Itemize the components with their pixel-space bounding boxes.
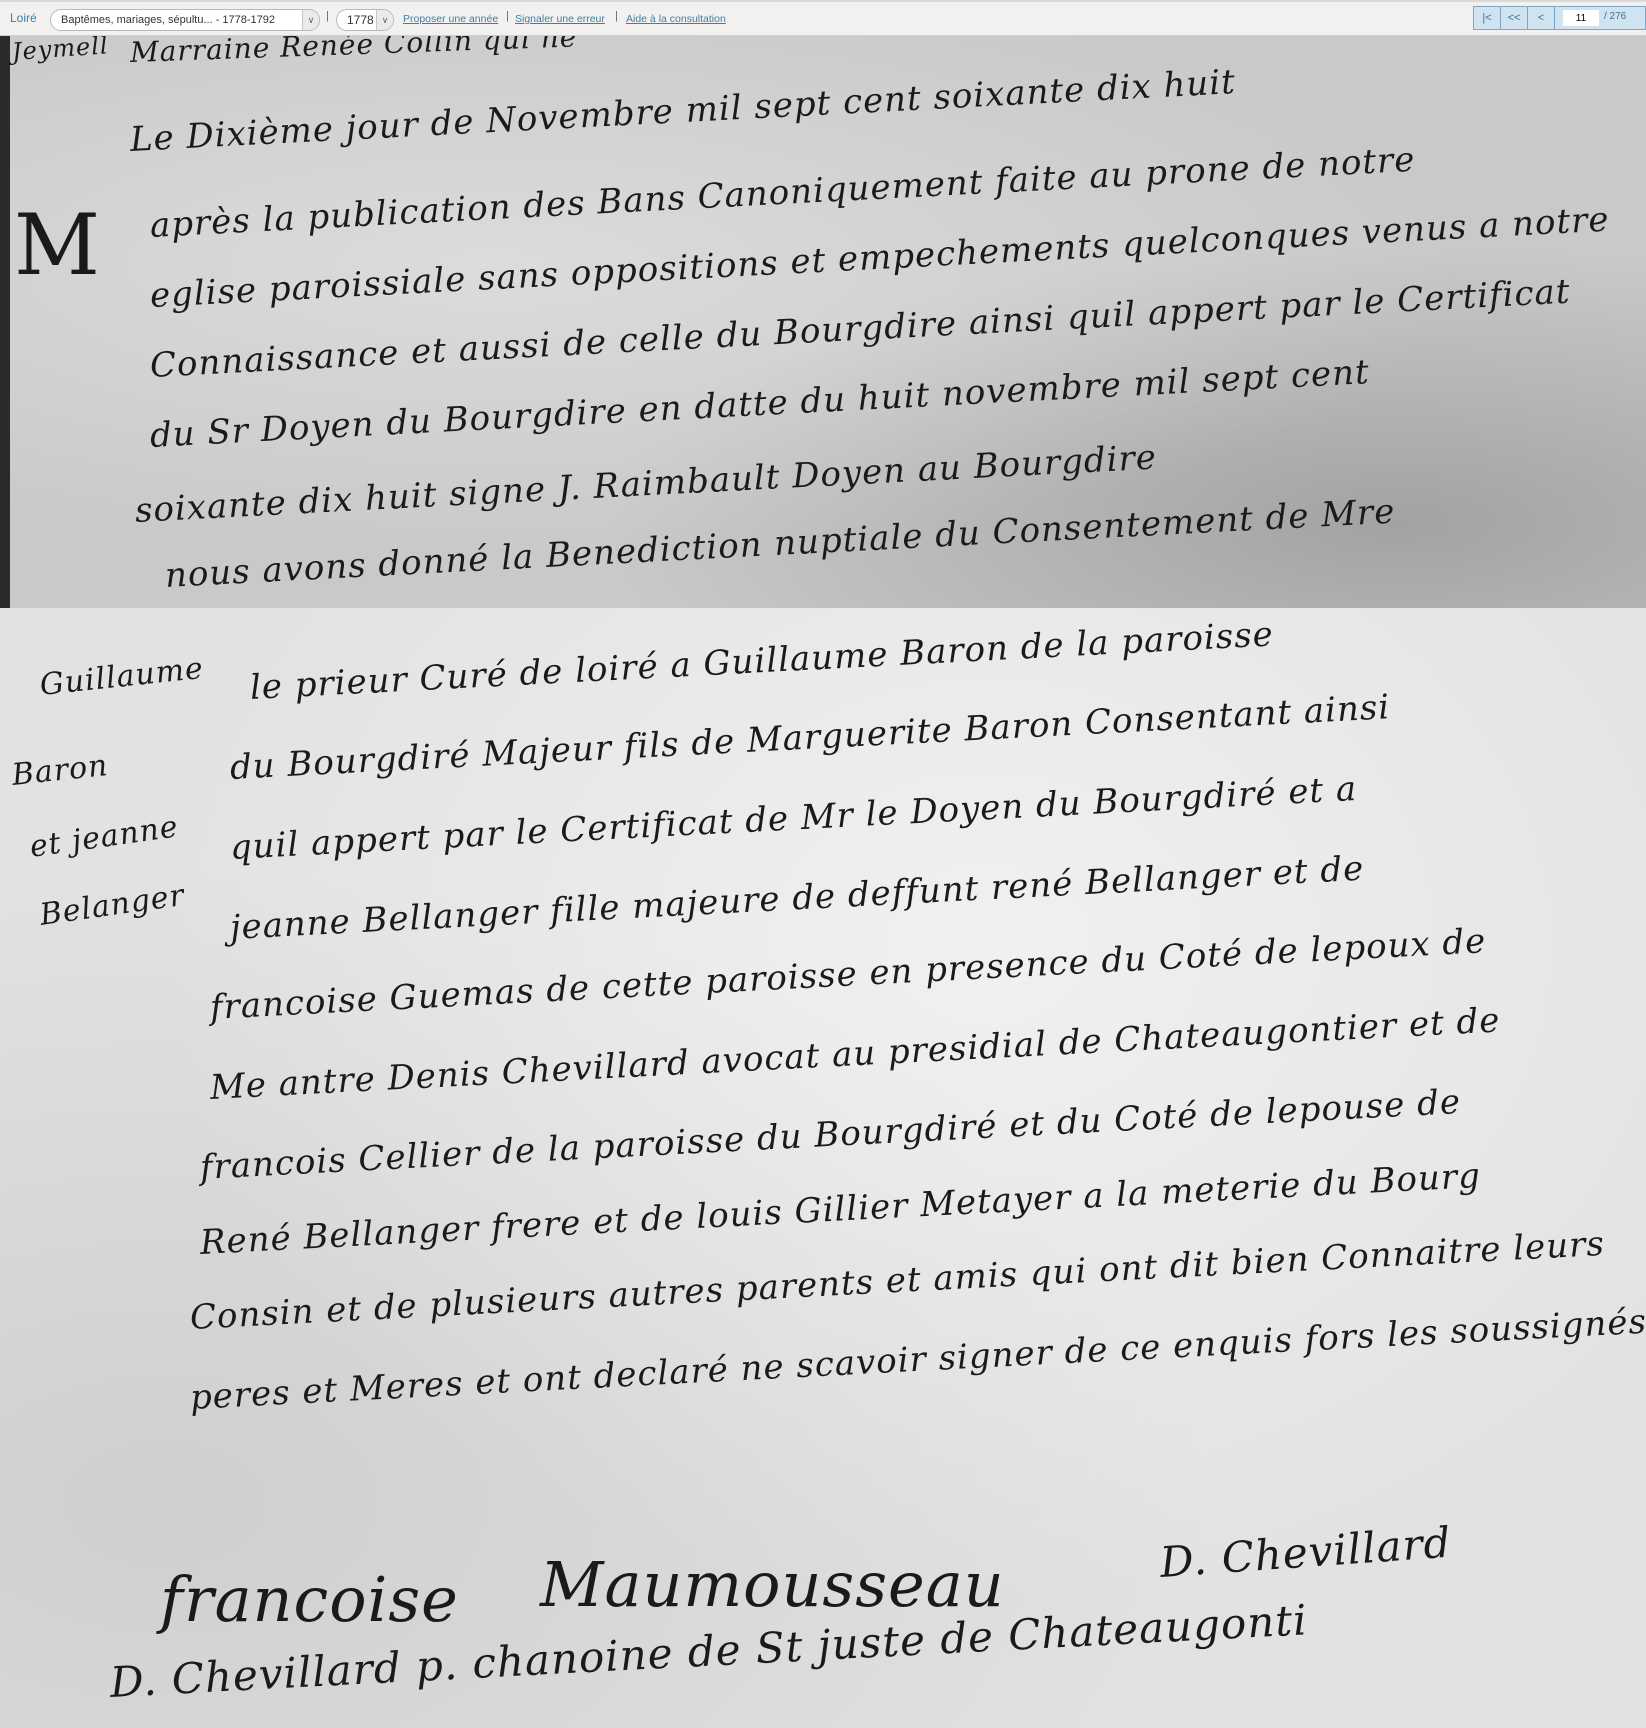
help-link[interactable]: Aide à la consultation xyxy=(626,13,726,25)
page-navigator: |< << < / 276 xyxy=(1474,6,1646,30)
previous-page-button[interactable]: < xyxy=(1527,6,1555,30)
series-select[interactable]: Baptêmes, mariages, sépultu... - 1778-17… xyxy=(50,9,320,31)
margin-note: Belanger xyxy=(38,878,187,933)
page-number-input[interactable] xyxy=(1563,10,1599,26)
signature: Maumousseau xyxy=(540,1548,1005,1621)
series-select-value: Baptêmes, mariages, sépultu... - 1778-17… xyxy=(61,14,275,26)
report-error-link[interactable]: Signaler une erreur xyxy=(515,13,605,25)
document-viewer[interactable]: Jeymell M Marraine Renée Collin qui ne L… xyxy=(0,36,1646,1728)
document-line: quil appert par le Certificat de Mr le D… xyxy=(229,769,1358,868)
rewind-button[interactable]: << xyxy=(1500,6,1528,30)
page-edge xyxy=(0,36,10,608)
year-select-value: 1778 xyxy=(347,13,374,27)
margin-note: Jeymell xyxy=(11,36,109,66)
signature: francoise xyxy=(160,1563,459,1636)
document-line: Le Dixième jour de Novembre mil sept cen… xyxy=(129,62,1237,160)
year-select[interactable]: 1778 ∨ xyxy=(336,9,394,31)
document-line: Marraine Renée Collin qui ne xyxy=(129,36,577,69)
chevron-down-icon[interactable]: ∨ xyxy=(302,10,319,30)
viewer-toolbar: Loiré Baptêmes, mariages, sépultu... - 1… xyxy=(0,0,1646,36)
separator: | xyxy=(506,10,509,22)
propose-year-link[interactable]: Proposer une année xyxy=(403,13,498,25)
document-line: le prieur Curé de loiré a Guillaume Baro… xyxy=(249,614,1275,708)
page-total: / 276 xyxy=(1604,11,1626,22)
signature: D. Chevillard xyxy=(1158,1518,1453,1587)
margin-note: M xyxy=(14,196,101,294)
scan-section-bottom: Guillaume Baron et jeanne Belanger le pr… xyxy=(0,608,1646,1728)
page-field-wrap: / 276 xyxy=(1554,6,1646,30)
margin-note: Guillaume xyxy=(38,651,205,703)
margin-note: Baron xyxy=(10,748,110,793)
margin-note: et jeanne xyxy=(28,809,181,864)
document-line: du Bourgdiré Majeur fils de Marguerite B… xyxy=(229,687,1391,788)
commune-label: Loiré xyxy=(10,10,37,26)
separator: | xyxy=(615,10,618,22)
document-line: jeanne Bellanger fille majeure de deffun… xyxy=(229,849,1365,948)
chevron-down-icon[interactable]: ∨ xyxy=(376,10,393,30)
scan-section-top: Jeymell M Marraine Renée Collin qui ne L… xyxy=(0,36,1646,608)
separator: | xyxy=(326,10,329,22)
first-page-button[interactable]: |< xyxy=(1473,6,1501,30)
